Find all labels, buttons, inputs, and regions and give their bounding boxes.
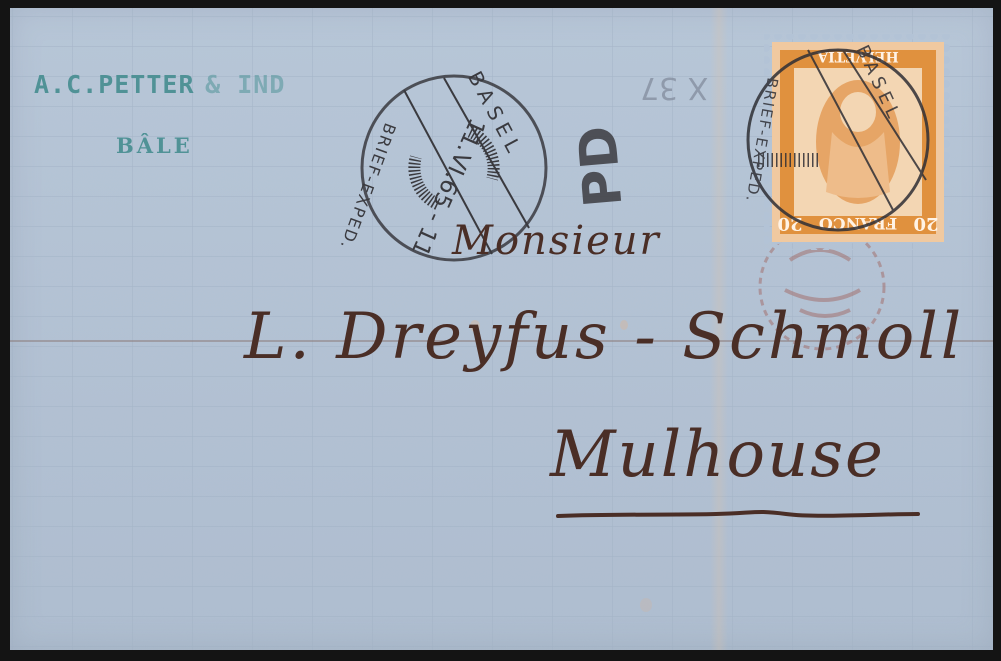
stamp-value: 20 [913, 213, 938, 234]
city-underline [556, 508, 920, 520]
address-city: Mulhouse [550, 418, 885, 492]
pd-mark: PD [570, 115, 670, 210]
address-recipient: L. Dreyfus - Schmoll [244, 300, 964, 374]
address-salutation: Monsieur [452, 218, 661, 264]
svg-text:PD: PD [570, 123, 634, 209]
